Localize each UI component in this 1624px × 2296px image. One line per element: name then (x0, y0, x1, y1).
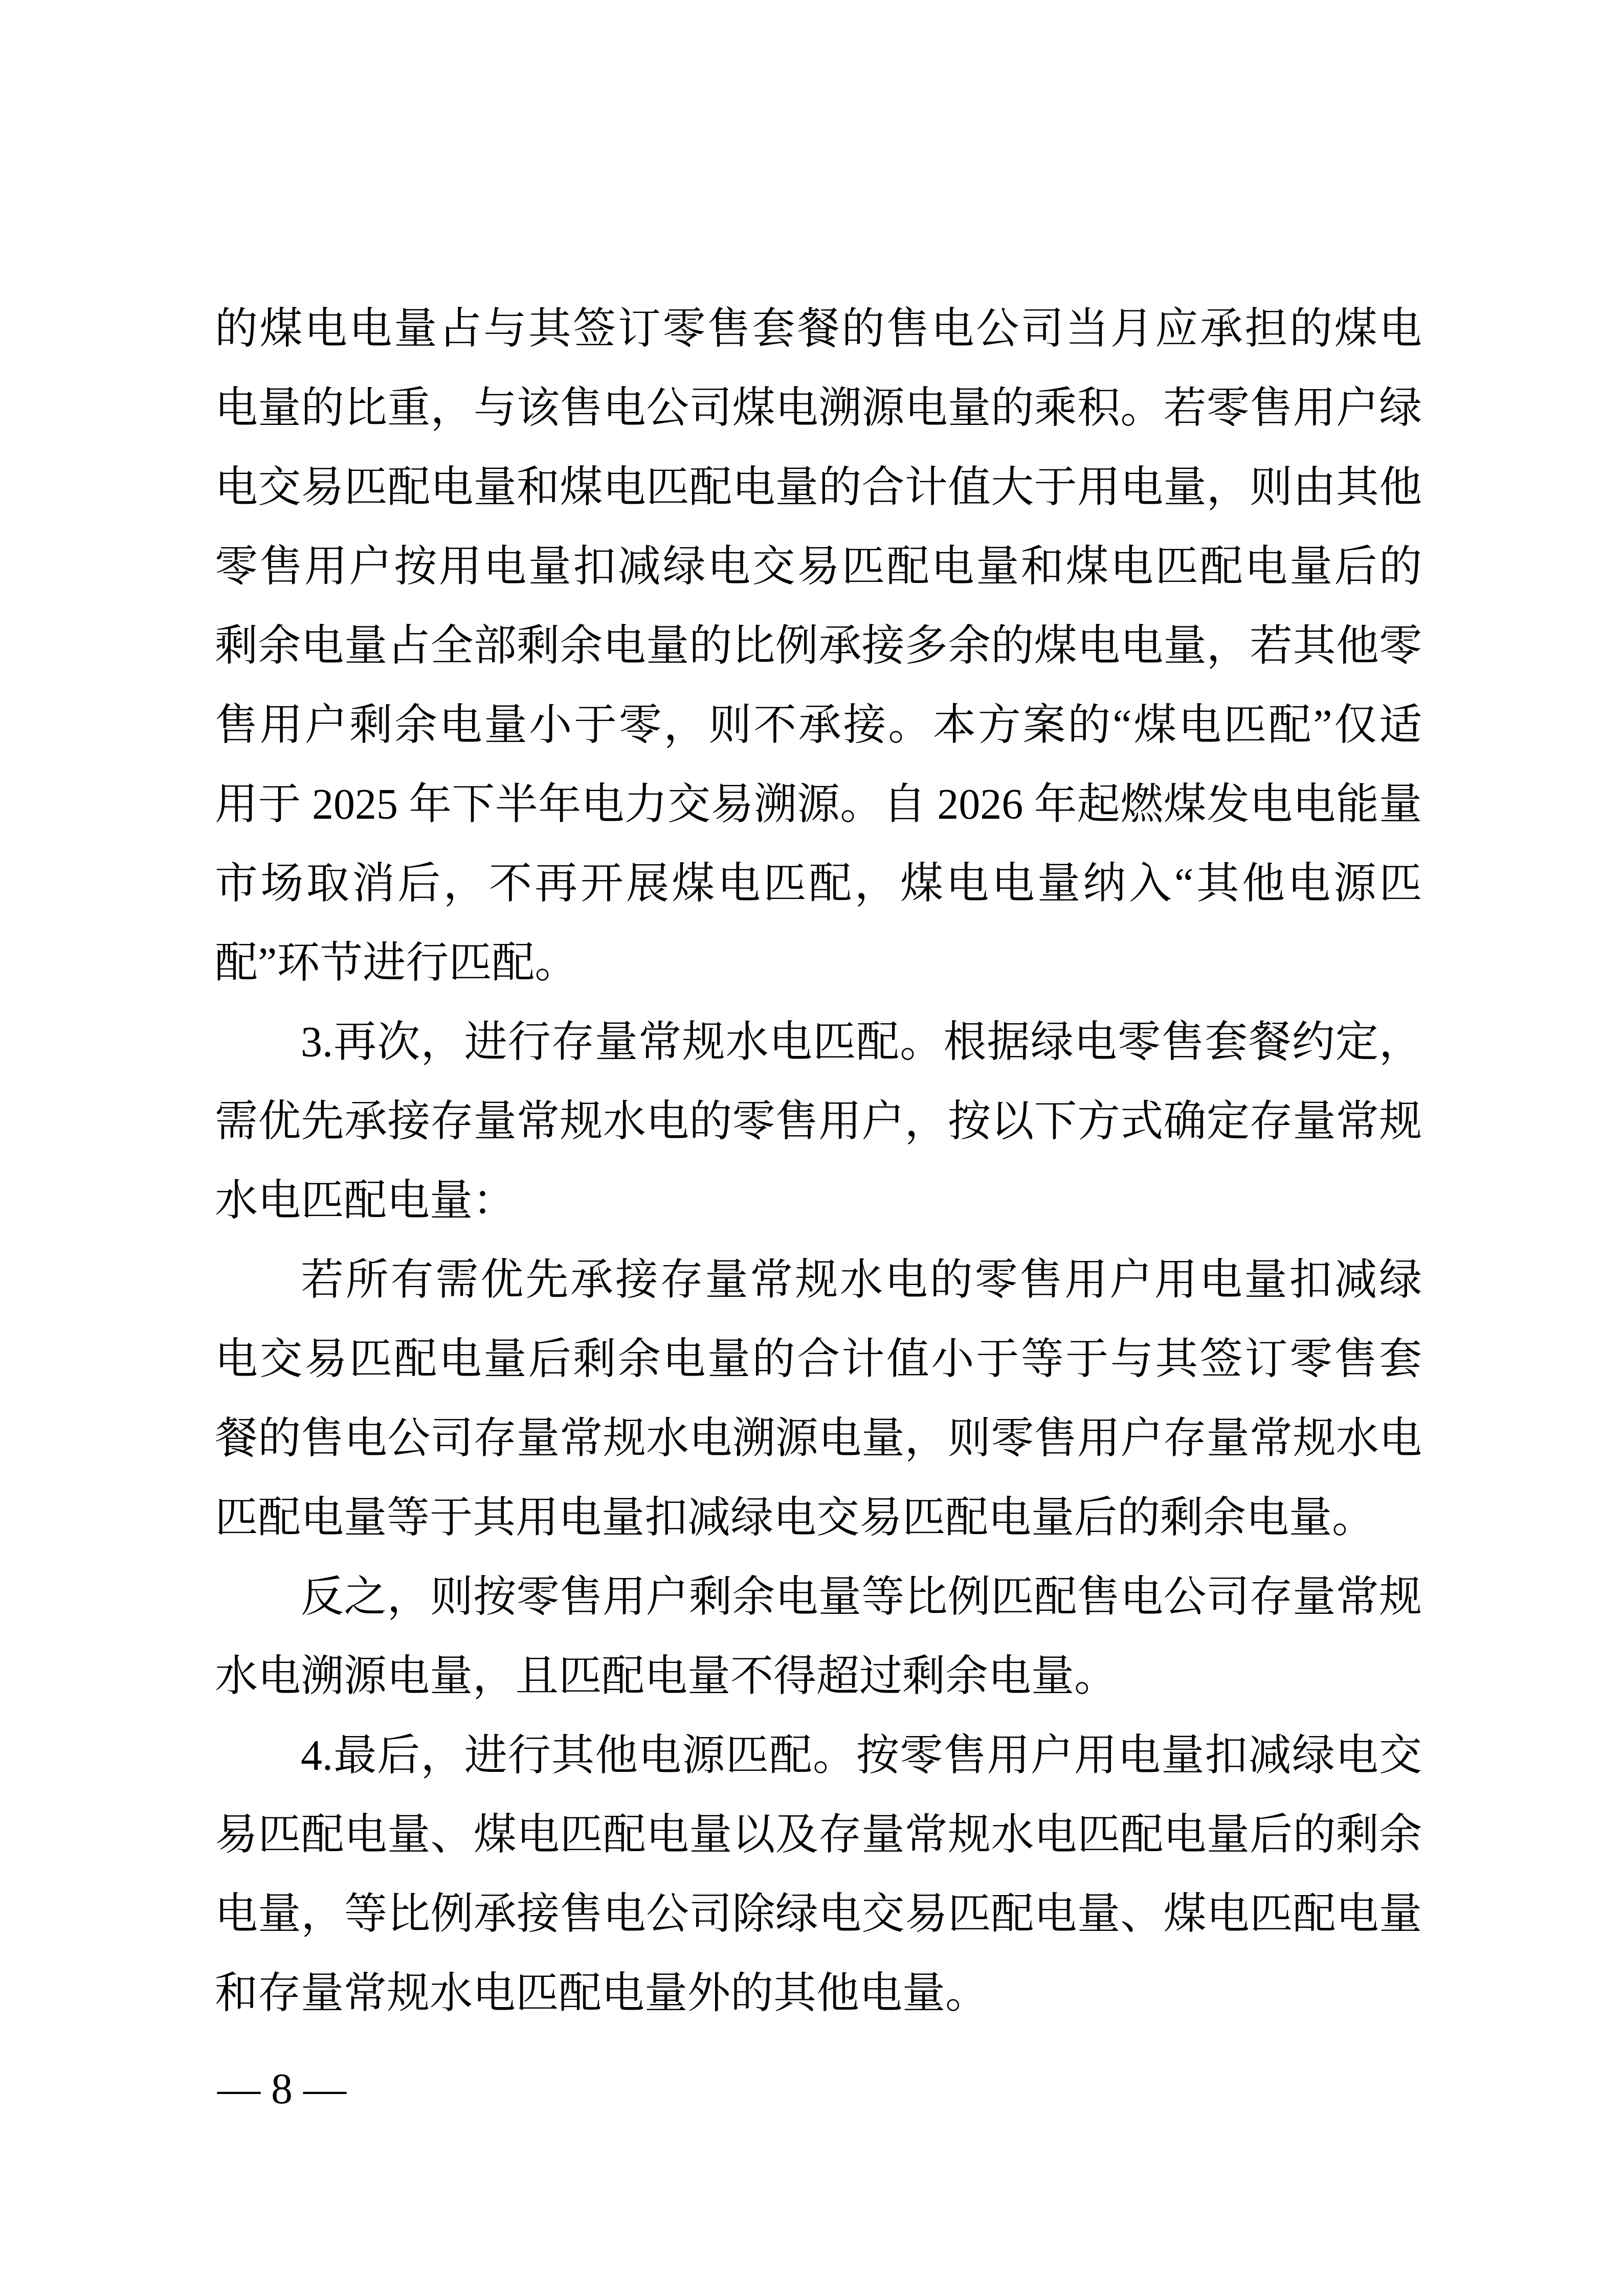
text-line: 4.最后，进行其他电源匹配。按零售用户用电量扣减绿电交 (215, 1716, 1422, 1795)
text-line: 餐的售电公司存量常规水电溯源电量，则零售用户存量常规水电 (215, 1399, 1422, 1478)
page-number: — 8 — (217, 2061, 346, 2118)
text-line: 售用户剩余电量小于零，则不承接。本方案的“煤电匹配”仅适 (215, 686, 1422, 765)
text-line: 电交易匹配电量后剩余电量的合计值小于等于与其签订零售套 (215, 1320, 1422, 1399)
text-line: 若所有需优先承接存量常规水电的零售用户用电量扣减绿 (215, 1241, 1422, 1320)
document-page: 的煤电电量占与其签订零售套餐的售电公司当月应承担的煤电电量的比重，与该售电公司煤… (0, 0, 1624, 2296)
text-line: 电交易匹配电量和煤电匹配电量的合计值大于用电量，则由其他 (215, 448, 1422, 527)
text-line: 需优先承接存量常规水电的零售用户，按以下方式确定存量常规 (215, 1082, 1422, 1161)
text-line: 零售用户按用电量扣减绿电交易匹配电量和煤电匹配电量后的 (215, 527, 1422, 606)
text-line: 匹配电量等于其用电量扣减绿电交易匹配电量后的剩余电量。 (215, 1478, 1422, 1558)
text-line: 和存量常规水电匹配电量外的其他电量。 (215, 1954, 1422, 2033)
text-line: 市场取消后，不再开展煤电匹配，煤电电量纳入“其他电源匹 (215, 844, 1422, 924)
text-line: 反之，则按零售用户剩余电量等比例匹配售电公司存量常规 (215, 1558, 1422, 1637)
text-line: 电量，等比例承接售电公司除绿电交易匹配电量、煤电匹配电量 (215, 1875, 1422, 1954)
text-line: 的煤电电量占与其签订零售套餐的售电公司当月应承担的煤电 (215, 289, 1422, 369)
text-line: 电量的比重，与该售电公司煤电溯源电量的乘积。若零售用户绿 (215, 369, 1422, 448)
text-line: 3.再次，进行存量常规水电匹配。根据绿电零售套餐约定， (215, 1003, 1422, 1082)
text-line: 配”环节进行匹配。 (215, 924, 1422, 1003)
text-line: 易匹配电量、煤电匹配电量以及存量常规水电匹配电量后的剩余 (215, 1795, 1422, 1875)
text-line: 水电匹配电量： (215, 1161, 1422, 1241)
body-text: 的煤电电量占与其签订零售套餐的售电公司当月应承担的煤电电量的比重，与该售电公司煤… (215, 289, 1422, 2033)
text-line: 用于 2025 年下半年电力交易溯源。自 2026 年起燃煤发电电能量 (215, 765, 1422, 844)
text-line: 水电溯源电量，且匹配电量不得超过剩余电量。 (215, 1637, 1422, 1716)
text-line: 剩余电量占全部剩余电量的比例承接多余的煤电电量，若其他零 (215, 606, 1422, 686)
